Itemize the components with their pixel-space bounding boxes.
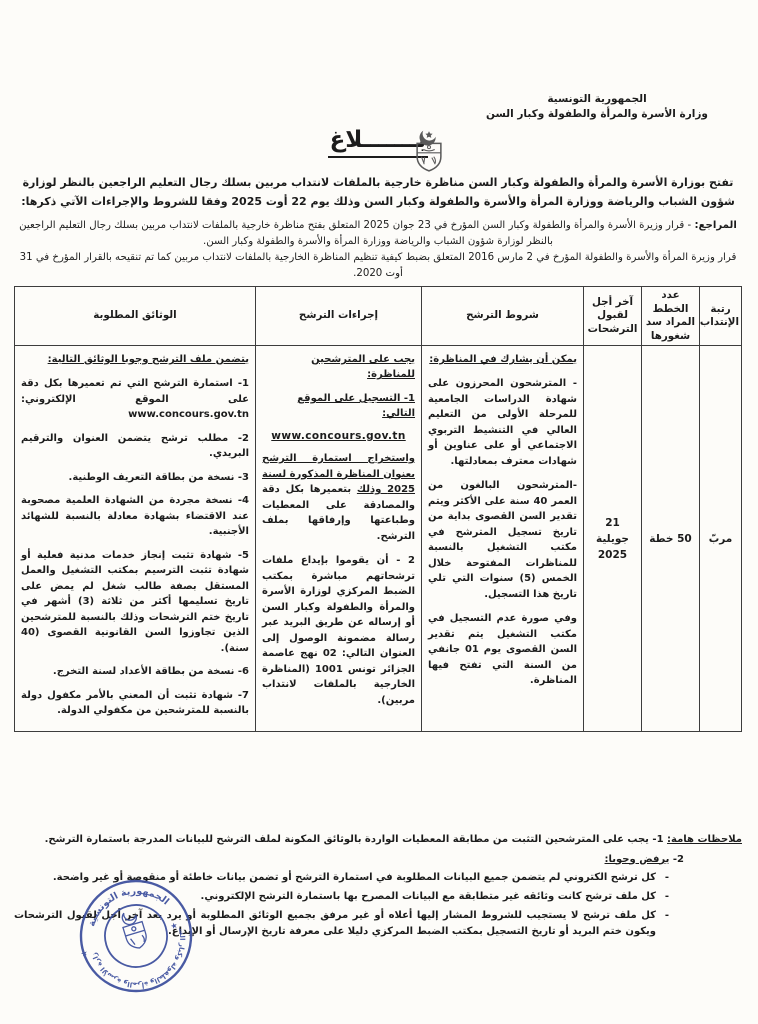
scanned-announcement-page: الجمهورية التونسية وزارة الأسرة والمرأة … xyxy=(0,0,758,1024)
cell-rank: مربّ xyxy=(700,346,742,732)
note-2: 2- يرفض وجوبا: xyxy=(14,854,684,865)
cell-deadline: 21 جويلية 2025 xyxy=(584,346,642,732)
header-rank: رتبة الإنتداب xyxy=(700,287,742,346)
document-item: 6- نسخة من بطاقة الأعداد لسنة التخرج. xyxy=(21,664,249,680)
website-url: www.concours.gov.tn xyxy=(262,430,415,442)
header-procedures: إجراءات الترشح xyxy=(256,287,422,346)
competition-table: رتبة الإنتداب عدد الخطط المراد سد شغورها… xyxy=(14,286,742,732)
ministry-name: وزارة الأسرة والمرأة والطفولة وكبار السن xyxy=(482,107,712,122)
header-deadline: آخر أجل لقبول الترشحات xyxy=(584,287,642,346)
procedures-heading: يجب على المترشحين للمناظرة: xyxy=(262,352,415,382)
document-item: 1- استمارة الترشح التي تم تعميرها بكل دق… xyxy=(21,376,249,423)
tunisia-emblem-icon xyxy=(410,127,448,173)
references-label: المراجع: xyxy=(694,220,736,231)
document-item: 7- شهادة تثبت أن المعني بالأمر مكفول دول… xyxy=(21,688,249,719)
conditions-paragraphs: - المترشحون المحرزون على شهادة الدراسات … xyxy=(428,376,577,689)
procedures-step1-label: 1- التسجيل على الموقع التالي: xyxy=(262,391,415,421)
note-2-prefix: 2- xyxy=(669,854,684,865)
conditions-heading: يمكن أن يشارك في المناظرة: xyxy=(428,352,577,367)
note-1-text: 1- يجب على المترشحين التثبت من مطابقة ال… xyxy=(45,834,664,845)
document-item: 3- نسخة من بطاقة التعريف الوطنية. xyxy=(21,470,249,486)
reference-item-1: - قرار وزيرة الأسرة والمرأة والطفولة وكب… xyxy=(19,220,691,247)
documents-heading: يتضمن ملف الترشح وجوبا الوثائق التالية: xyxy=(21,352,249,367)
country-name: الجمهورية التونسية xyxy=(482,92,712,107)
cell-documents: يتضمن ملف الترشح وجوبا الوثائق التالية: … xyxy=(15,346,256,732)
header-documents: الوثائق المطلوبة xyxy=(15,287,256,346)
document-title: بـــــــلاغ xyxy=(14,125,742,158)
condition-paragraph: وفي صورة عدم التسجيل في مكتب التشغيل يتم… xyxy=(428,611,577,689)
document-item: 2- مطلب ترشح يتضمن العنوان والترقيم البر… xyxy=(21,431,249,462)
cell-positions: 50 خطة xyxy=(642,346,700,732)
condition-paragraph: - المترشحون المحرزون على شهادة الدراسات … xyxy=(428,376,577,469)
note-1: ملاحظات هامة: 1- يجب على المترشحين التثب… xyxy=(14,832,742,848)
cell-procedures: يجب على المترشحين للمناظرة: 1- التسجيل ع… xyxy=(256,346,422,732)
references-paragraph: المراجع: - قرار وزيرة الأسرة والمرأة وال… xyxy=(14,218,742,249)
procedures-step1-text: واستخراج استمارة الترشح بعنوان المناظرة … xyxy=(262,451,415,544)
header-positions: عدد الخطط المراد سد شغورها xyxy=(642,287,700,346)
procedures-step2-text: 2 - أن يقوموا بإيداع ملفات ترشحاتهم مباش… xyxy=(262,553,415,708)
reference-item-2: قرار وزيرة المرأة والأسرة والطفولة المؤر… xyxy=(14,250,742,281)
document-item: 4- نسخة مجردة من الشهادة العلمية مصحوبة … xyxy=(21,493,249,540)
table-row: مربّ 50 خطة 21 جويلية 2025 يمكن أن يشارك… xyxy=(15,346,742,732)
notes-label: ملاحظات هامة: xyxy=(667,834,742,845)
government-header: الجمهورية التونسية وزارة الأسرة والمرأة … xyxy=(482,92,712,122)
intro-paragraph: تفتح بوزارة الأسرة والمرأة والطفولة وكبا… xyxy=(14,173,742,211)
header-conditions: شروط الترشح xyxy=(422,287,584,346)
stamp-inner-emblem xyxy=(119,909,149,951)
document-item: 5- شهادة تثبت إنجاز خدمات مدنية فعلية أو… xyxy=(21,548,249,657)
documents-list: 1- استمارة الترشح التي تم تعميرها بكل دق… xyxy=(21,376,249,719)
stamp-star-right: ★ xyxy=(79,948,88,959)
cell-conditions: يمكن أن يشارك في المناظرة: - المترشحون ا… xyxy=(422,346,584,732)
table-header-row: رتبة الإنتداب عدد الخطط المراد سد شغورها… xyxy=(15,287,742,346)
condition-paragraph: -المترشحون البالغون من العمر 40 سنة على … xyxy=(428,478,577,602)
note-2-label: يرفض وجوبا: xyxy=(605,854,670,865)
